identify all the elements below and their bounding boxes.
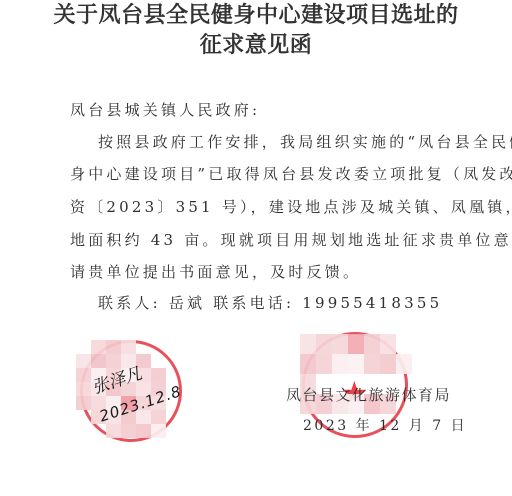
body-line-4: 地面积约 43 亩。现就项目用规划地选址征求贵单位意见。 xyxy=(70,230,512,250)
document-title-line2: 征求意见函 xyxy=(0,32,512,58)
document-title-line1: 关于凤台县全民健身中心建设项目选址的 xyxy=(0,2,512,28)
body-line-2: 身中心建设项目”已取得凤台县发改委立项批复（凤发改投 xyxy=(70,164,512,184)
body-line-5: 请贵单位提出书面意见，及时反馈。 xyxy=(70,262,361,282)
issuing-organization: 凤台县文化旅游体育局 xyxy=(286,384,451,405)
body-line-3: 资〔2023〕351 号），建设地点涉及城关镇、凤凰镇，规划用 xyxy=(70,197,512,217)
salutation: 凤台县城关镇人民政府: xyxy=(70,100,260,120)
body-line-1: 按照县政府工作安排，我局组织实施的“凤台县全民健 xyxy=(98,132,512,152)
contact-line: 联系人: 岳斌 联系电话: 19955418355 xyxy=(98,293,442,313)
issue-date: 2023 年 12 月 7 日 xyxy=(303,415,467,435)
